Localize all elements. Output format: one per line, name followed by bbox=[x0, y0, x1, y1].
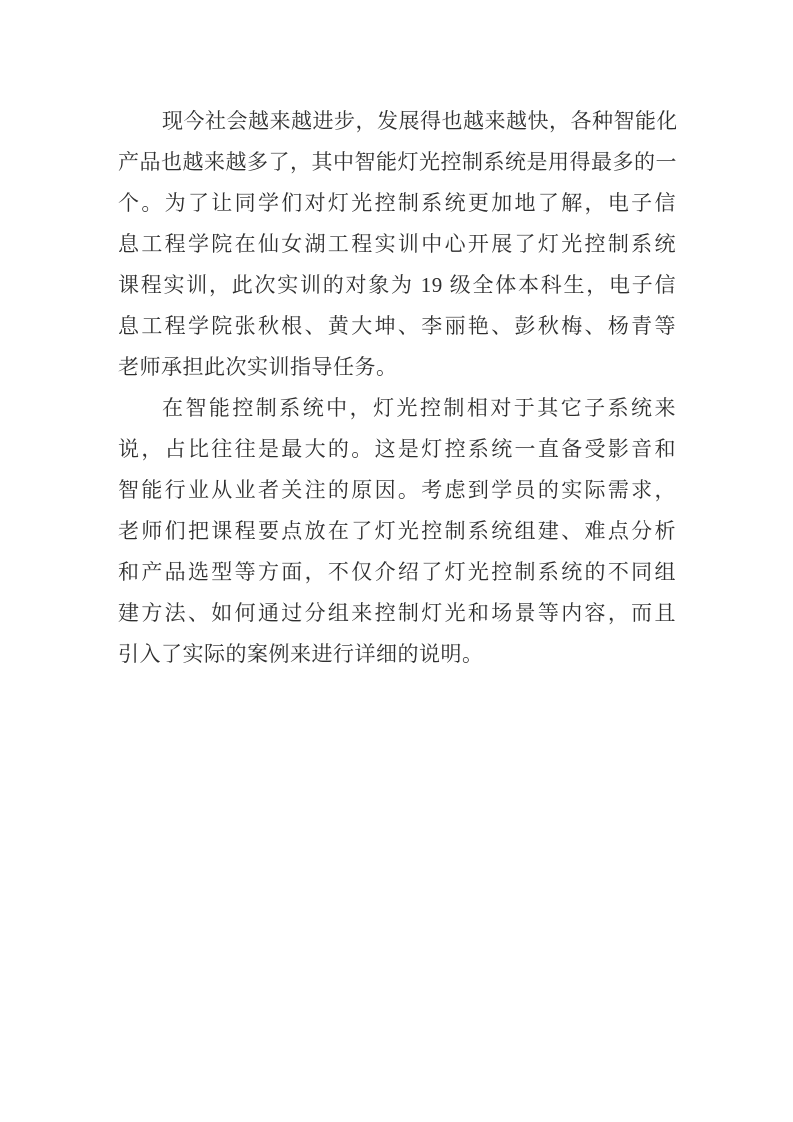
text-line: 引入了实际的案例来进行详细的说明。 bbox=[118, 634, 676, 675]
text-line: 老师们把课程要点放在了灯光控制系统组建、难点分析 bbox=[118, 511, 676, 552]
text-line: 在智能控制系统中，灯光控制相对于其它子系统来 bbox=[118, 388, 676, 429]
text-line: 老师承担此次实训指导任务。 bbox=[118, 347, 676, 388]
text-line: 个。为了让同学们对灯光控制系统更加地了解，电子信 bbox=[118, 183, 676, 224]
text-line: 建方法、如何通过分组来控制灯光和场景等内容，而且 bbox=[118, 593, 676, 634]
text-line: 产品也越来越多了，其中智能灯光控制系统是用得最多的一 bbox=[118, 142, 676, 183]
document-page: 现今社会越来越进步，发展得也越来越快，各种智能化产品也越来越多了，其中智能灯光控… bbox=[0, 0, 793, 1122]
paragraph-2: 在智能控制系统中，灯光控制相对于其它子系统来说，占比往往是最大的。这是灯控系统一… bbox=[118, 388, 676, 675]
document-body: 现今社会越来越进步，发展得也越来越快，各种智能化产品也越来越多了，其中智能灯光控… bbox=[118, 101, 676, 675]
text-line: 息工程学院在仙女湖工程实训中心开展了灯光控制系统 bbox=[118, 224, 676, 265]
text-line: 现今社会越来越进步，发展得也越来越快，各种智能化 bbox=[118, 101, 676, 142]
text-line: 和产品选型等方面，不仅介绍了灯光控制系统的不同组 bbox=[118, 552, 676, 593]
text-line: 息工程学院张秋根、黄大坤、李丽艳、彭秋梅、杨青等 bbox=[118, 306, 676, 347]
paragraph-1: 现今社会越来越进步，发展得也越来越快，各种智能化产品也越来越多了，其中智能灯光控… bbox=[118, 101, 676, 388]
text-line: 说，占比往往是最大的。这是灯控系统一直备受影音和 bbox=[118, 429, 676, 470]
text-line: 课程实训，此次实训的对象为 19 级全体本科生，电子信 bbox=[118, 265, 676, 306]
text-line: 智能行业从业者关注的原因。考虑到学员的实际需求， bbox=[118, 470, 676, 511]
